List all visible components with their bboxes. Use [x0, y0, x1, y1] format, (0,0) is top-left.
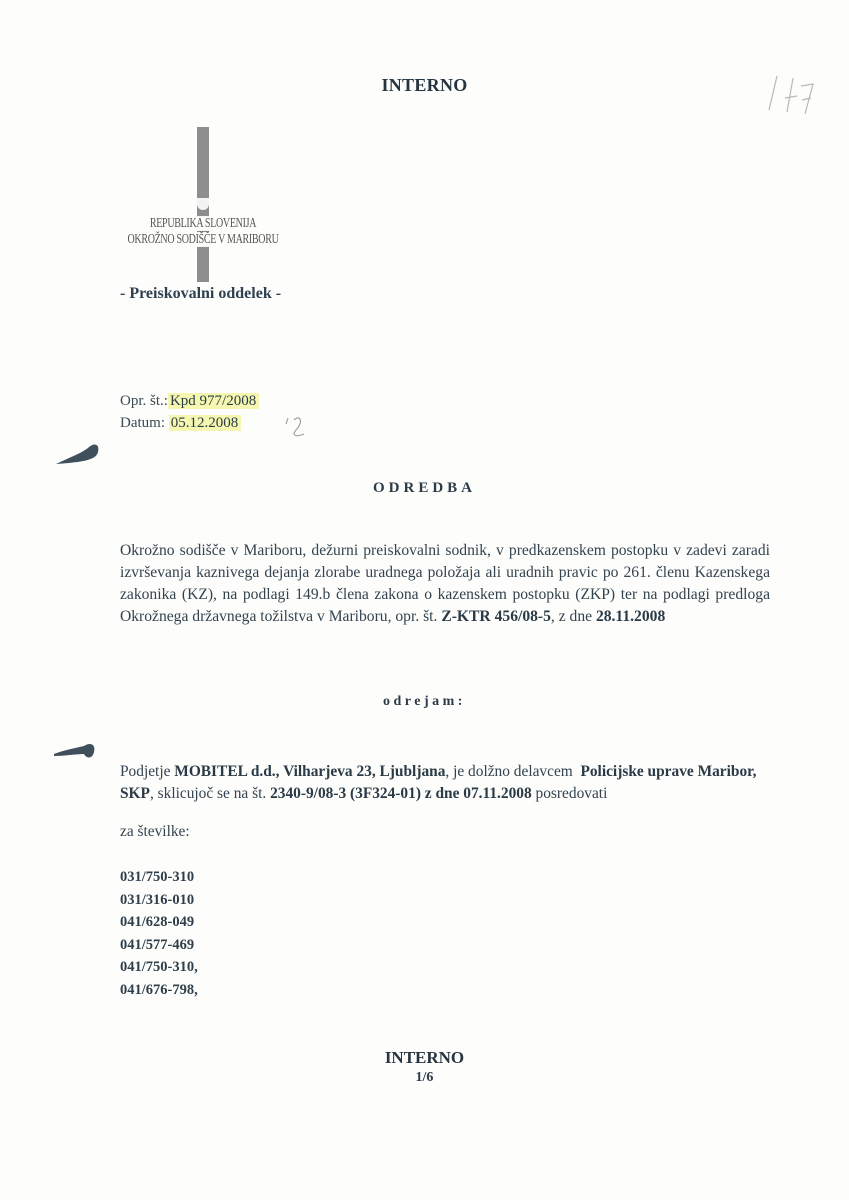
scan-mark [54, 440, 102, 466]
scan-mark [52, 740, 96, 762]
document-title: ODREDBA [0, 480, 849, 497]
phone-number-list: 031/750-310 031/316-010 041/628-049 041/… [120, 866, 198, 1001]
case-number-label: Opr. št.: [120, 393, 168, 409]
phone-number: 041/676-798, [120, 979, 198, 1002]
letterhead-line-1: REPUBLIKA SLOVENIJA [120, 216, 286, 231]
intro-text: , z dne [551, 608, 596, 625]
classification-header: INTERNO [0, 75, 849, 96]
prosecution-ref-date: 28.11.2008 [596, 608, 665, 625]
handwritten-page-number [755, 68, 815, 118]
police-reference: 2340-9/08-3 (3F324-01) z dne 07.11.2008 [270, 785, 532, 802]
order-text: , sklicujoč se na št. [150, 785, 270, 802]
date-row: Datum: 05.12.2008 [120, 415, 241, 432]
phone-number: 041/628-049 [120, 911, 198, 934]
order-paragraph: Podjetje MOBITEL d.d., Vilharjeva 23, Lj… [120, 761, 780, 805]
order-heading: odrejam: [0, 694, 849, 710]
classification-footer: INTERNO [0, 1048, 849, 1068]
case-number-value: Kpd 977/2008 [168, 393, 259, 409]
date-label: Datum: [120, 415, 165, 431]
intro-paragraph: Okrožno sodišče v Mariboru, dežurni prei… [120, 540, 770, 628]
handwritten-note [282, 412, 312, 442]
coat-of-arms-icon [197, 198, 209, 210]
order-text: Podjetje [120, 763, 174, 780]
prosecution-ref-number: Z-KTR 456/08-5 [441, 608, 551, 625]
phone-number: 041/750-310, [120, 956, 198, 979]
department-name: - Preiskovalni oddelek - [120, 285, 281, 303]
phone-number: 041/577-469 [120, 934, 198, 957]
numbers-intro: za številke: [120, 823, 190, 841]
phone-number: 031/316-010 [120, 889, 198, 912]
case-number-row: Opr. št.:Kpd 977/2008 [120, 393, 259, 410]
order-text: posredovati [532, 785, 608, 802]
date-value: 05.12.2008 [169, 415, 242, 431]
phone-number: 031/750-310 [120, 866, 198, 889]
page-number: 1/6 [0, 1070, 849, 1086]
order-text: , je dolžno delavcem [445, 763, 580, 780]
letterhead-line-2: OKROŽNO SODIŠČE V MARIBORU [120, 232, 286, 247]
company-name: MOBITEL d.d., Vilharjeva 23, Ljubljana [174, 763, 445, 780]
